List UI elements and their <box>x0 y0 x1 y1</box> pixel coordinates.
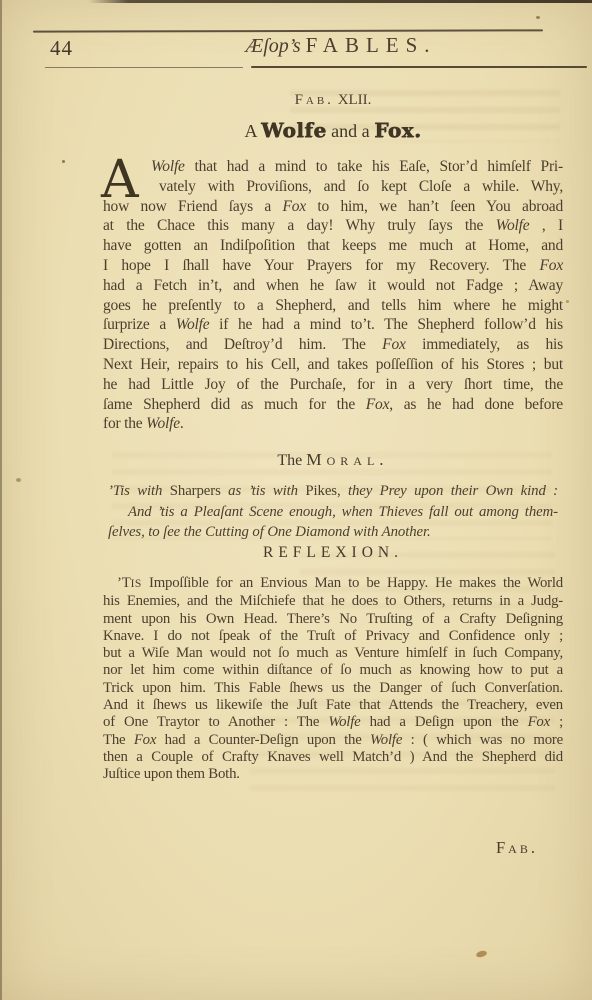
running-title: Æſop’s FABLES. <box>115 33 567 58</box>
scan-top-edge <box>88 0 592 3</box>
text-segment: And it ſhews us likewiſe the Juſt Fate t… <box>103 697 563 713</box>
text-segment: nor let him come within diſtance of ſo m… <box>103 662 563 678</box>
text-line: ’TIS Impoſſible for an Envious Man to be… <box>103 575 563 593</box>
text-line: ’Tis with Sharpers as ’tis with Pikes, t… <box>108 481 558 502</box>
text-line: at the Chace this many a day! Why truly … <box>103 216 563 236</box>
header-bottom-rule-right <box>251 66 587 68</box>
text-segment: ſame Shepherd did as much for the <box>103 396 366 413</box>
text-segment: Wolfe <box>151 158 185 175</box>
text-line: ſelves, to ſee the Cutting of One Diamon… <box>108 522 558 543</box>
text-segment: FABLES. <box>306 33 437 57</box>
text-line: And ’tis a Pleaſant Scene enough, when T… <box>108 502 558 523</box>
catchword: Fab. <box>496 838 538 858</box>
text-segment: Juſtice upon them Both. <box>103 766 240 782</box>
text-segment: Fox <box>540 257 564 274</box>
text-line: have gotten an Indiſpoſition that keeps … <box>103 236 563 256</box>
text-segment: if he had a mind to’t. The Shepherd foll… <box>209 316 563 333</box>
text-segment: Fox <box>282 198 306 215</box>
page-number: 44 <box>50 36 73 61</box>
text-line: nor let him come within diſtance of ſo m… <box>103 662 563 679</box>
fable-text: Wolfe that had a mind to take his Eaſe, … <box>103 157 563 434</box>
text-segment: Sharpers <box>170 483 221 499</box>
text-segment: ment upon his Own Head. There’s No Truſt… <box>103 611 563 627</box>
text-line: ſurprize a Wolfe if he had a mind to’t. … <box>103 315 563 335</box>
fable-number-heading: Fab. XLII. <box>103 92 563 109</box>
text-segment: Next Heir, repairs to his Cell, and take… <box>103 356 563 373</box>
text-segment: he had Little Joy of the Purchaſe, for i… <box>103 376 563 393</box>
text-segment: Fab. <box>295 92 334 108</box>
text-segment: vately with Proviſions, and ſo kept Cloſ… <box>159 178 563 195</box>
text-segment: And ’tis a Pleaſant Scene enough, when T… <box>128 504 558 520</box>
text-segment: Wolfe <box>176 316 210 333</box>
text-line: The Fox had a Counter-Deſign upon the Wo… <box>103 732 563 749</box>
text-segment: Pikes, <box>305 483 340 499</box>
drop-cap: A <box>101 160 138 200</box>
text-line: Trick upon him. This Fable ſhews us the … <box>103 680 563 697</box>
text-line: goes he preſently to a Shepherd, and tel… <box>103 296 563 316</box>
text-segment: Knave. I do not ſpeak of the Truſt of Pr… <box>103 628 563 644</box>
text-line: Juſtice upon them Both. <box>103 766 563 783</box>
text-segment: that had a mind to take his Eaſe, Stor’d… <box>185 158 563 175</box>
text-segment: , I <box>529 217 563 234</box>
text-segment: Trick upon him. This Fable ſhews us the … <box>103 680 563 696</box>
fable-paragraph: A Wolfe that had a mind to take his Eaſe… <box>103 157 563 434</box>
text-segment: The <box>277 452 306 469</box>
text-segment: as ’tis with <box>221 483 306 499</box>
text-segment: ſurprize a <box>103 316 176 333</box>
header-bottom-rule-left <box>45 67 243 68</box>
text-segment: Fab. <box>496 838 538 857</box>
text-line: And it ſhews us likewiſe the Juſt Fate t… <box>103 697 563 714</box>
text-segment: ’Tis with <box>108 483 170 499</box>
text-line: had a Fetch in’t, and when he ſaw it wou… <box>103 276 563 296</box>
text-segment: ’T <box>117 575 131 591</box>
text-segment: then a Couple of Crafty Knaves well Matc… <box>103 749 563 765</box>
text-segment: A <box>245 121 262 141</box>
text-segment: for the <box>103 415 146 432</box>
text-line: for the Wolfe. <box>103 414 563 434</box>
text-segment: Wolfe <box>261 118 327 142</box>
text-segment: Fox <box>366 396 390 413</box>
paper-stain <box>536 16 540 19</box>
text-segment: ſelves, to ſee the Cutting of One Diamon… <box>108 524 431 540</box>
paper-stain <box>566 300 569 303</box>
scan-left-edge <box>0 0 2 1000</box>
text-segment: Wolfe <box>370 732 402 748</box>
text-line: then a Couple of Crafty Knaves well Matc… <box>103 749 563 766</box>
text-line: Knave. I do not ſpeak of the Truſt of Pr… <box>103 628 563 645</box>
paper-stain <box>16 478 21 482</box>
text-line: but a Wiſe Man would not ſo much as Vent… <box>103 645 563 662</box>
text-segment: Fox <box>528 714 550 730</box>
text-segment: Fox <box>134 732 156 748</box>
text-segment: Fox <box>382 336 406 353</box>
paper-stain <box>475 950 487 959</box>
text-segment: had a Counter-Deſign upon the <box>156 732 370 748</box>
text-segment: had a Deſign upon the <box>360 714 527 730</box>
text-segment: had a Fetch in’t, and when he ſaw it wou… <box>103 277 563 294</box>
text-segment: they Prey upon their Own kind : <box>341 483 558 499</box>
text-segment: : ( which was no more <box>402 732 563 748</box>
text-segment: Wolfe <box>146 415 180 432</box>
text-segment: and a <box>327 121 374 141</box>
text-segment: immediately, as his <box>406 336 563 353</box>
moral-heading: The Moral. <box>103 450 563 470</box>
text-segment: but a Wiſe Man would not ſo much as Vent… <box>103 645 563 661</box>
text-segment: , as he had done before <box>389 396 563 413</box>
text-segment: IS <box>131 578 142 590</box>
text-line: vately with Proviſions, and ſo kept Cloſ… <box>103 177 563 197</box>
scanned-book-page: 44 Æſop’s FABLES. Fab. XLII. A Wolfe and… <box>0 0 592 1000</box>
text-segment: have gotten an Indiſpoſition that keeps … <box>103 237 563 254</box>
text-segment: Wolfe <box>328 714 360 730</box>
text-segment: Directions, and Deſtroy’d him. The <box>103 336 382 353</box>
fable-title: A Wolfe and a Fox. <box>103 118 563 142</box>
paper-stain <box>62 160 65 163</box>
moral-paragraph: ’Tis with Sharpers as ’tis with Pikes, t… <box>108 481 558 543</box>
text-line: his Enemies, and the Miſchiefe that he d… <box>103 593 563 610</box>
text-line: Directions, and Deſtroy’d him. The Fox i… <box>103 335 563 355</box>
text-segment: XLII. <box>334 92 372 108</box>
text-segment: . <box>180 415 184 432</box>
text-line: ſame Shepherd did as much for the Fox, a… <box>103 395 563 415</box>
text-segment: The <box>103 732 134 748</box>
text-segment: Fox <box>374 118 414 142</box>
reflexion-paragraph: ’TIS Impoſſible for an Envious Man to be… <box>103 575 563 784</box>
text-line: Next Heir, repairs to his Cell, and take… <box>103 355 563 375</box>
text-segment: his Enemies, and the Miſchiefe that he d… <box>103 593 563 609</box>
text-line: Wolfe that had a mind to take his Eaſe, … <box>103 157 563 177</box>
text-segment: Impoſſible for an Envious Man to be Happ… <box>142 575 563 591</box>
text-segment: I hope I ſhall have Your Prayers for my … <box>103 257 540 274</box>
text-segment: at the Chace this many a day! Why truly … <box>103 217 496 234</box>
text-segment: ; <box>550 714 563 730</box>
text-segment: goes he preſently to a Shepherd, and tel… <box>103 297 563 314</box>
reflexion-heading: REFLEXION. <box>103 544 563 562</box>
text-segment: Æſop’s <box>245 35 305 57</box>
text-segment: . <box>414 118 421 142</box>
text-segment: of One Traytor to Another : The <box>103 714 328 730</box>
text-line: how now Friend ſays a Fox to him, we han… <box>103 197 563 217</box>
text-segment: to him, we han’t ſeen You abroad <box>306 198 563 215</box>
text-line: of One Traytor to Another : The Wolfe ha… <box>103 714 563 731</box>
text-line: he had Little Joy of the Purchaſe, for i… <box>103 375 563 395</box>
text-segment: Wolfe <box>496 217 530 234</box>
text-line: ment upon his Own Head. There’s No Truſt… <box>103 611 563 628</box>
text-line: I hope I ſhall have Your Prayers for my … <box>103 256 563 276</box>
text-segment: Moral. <box>306 450 388 469</box>
